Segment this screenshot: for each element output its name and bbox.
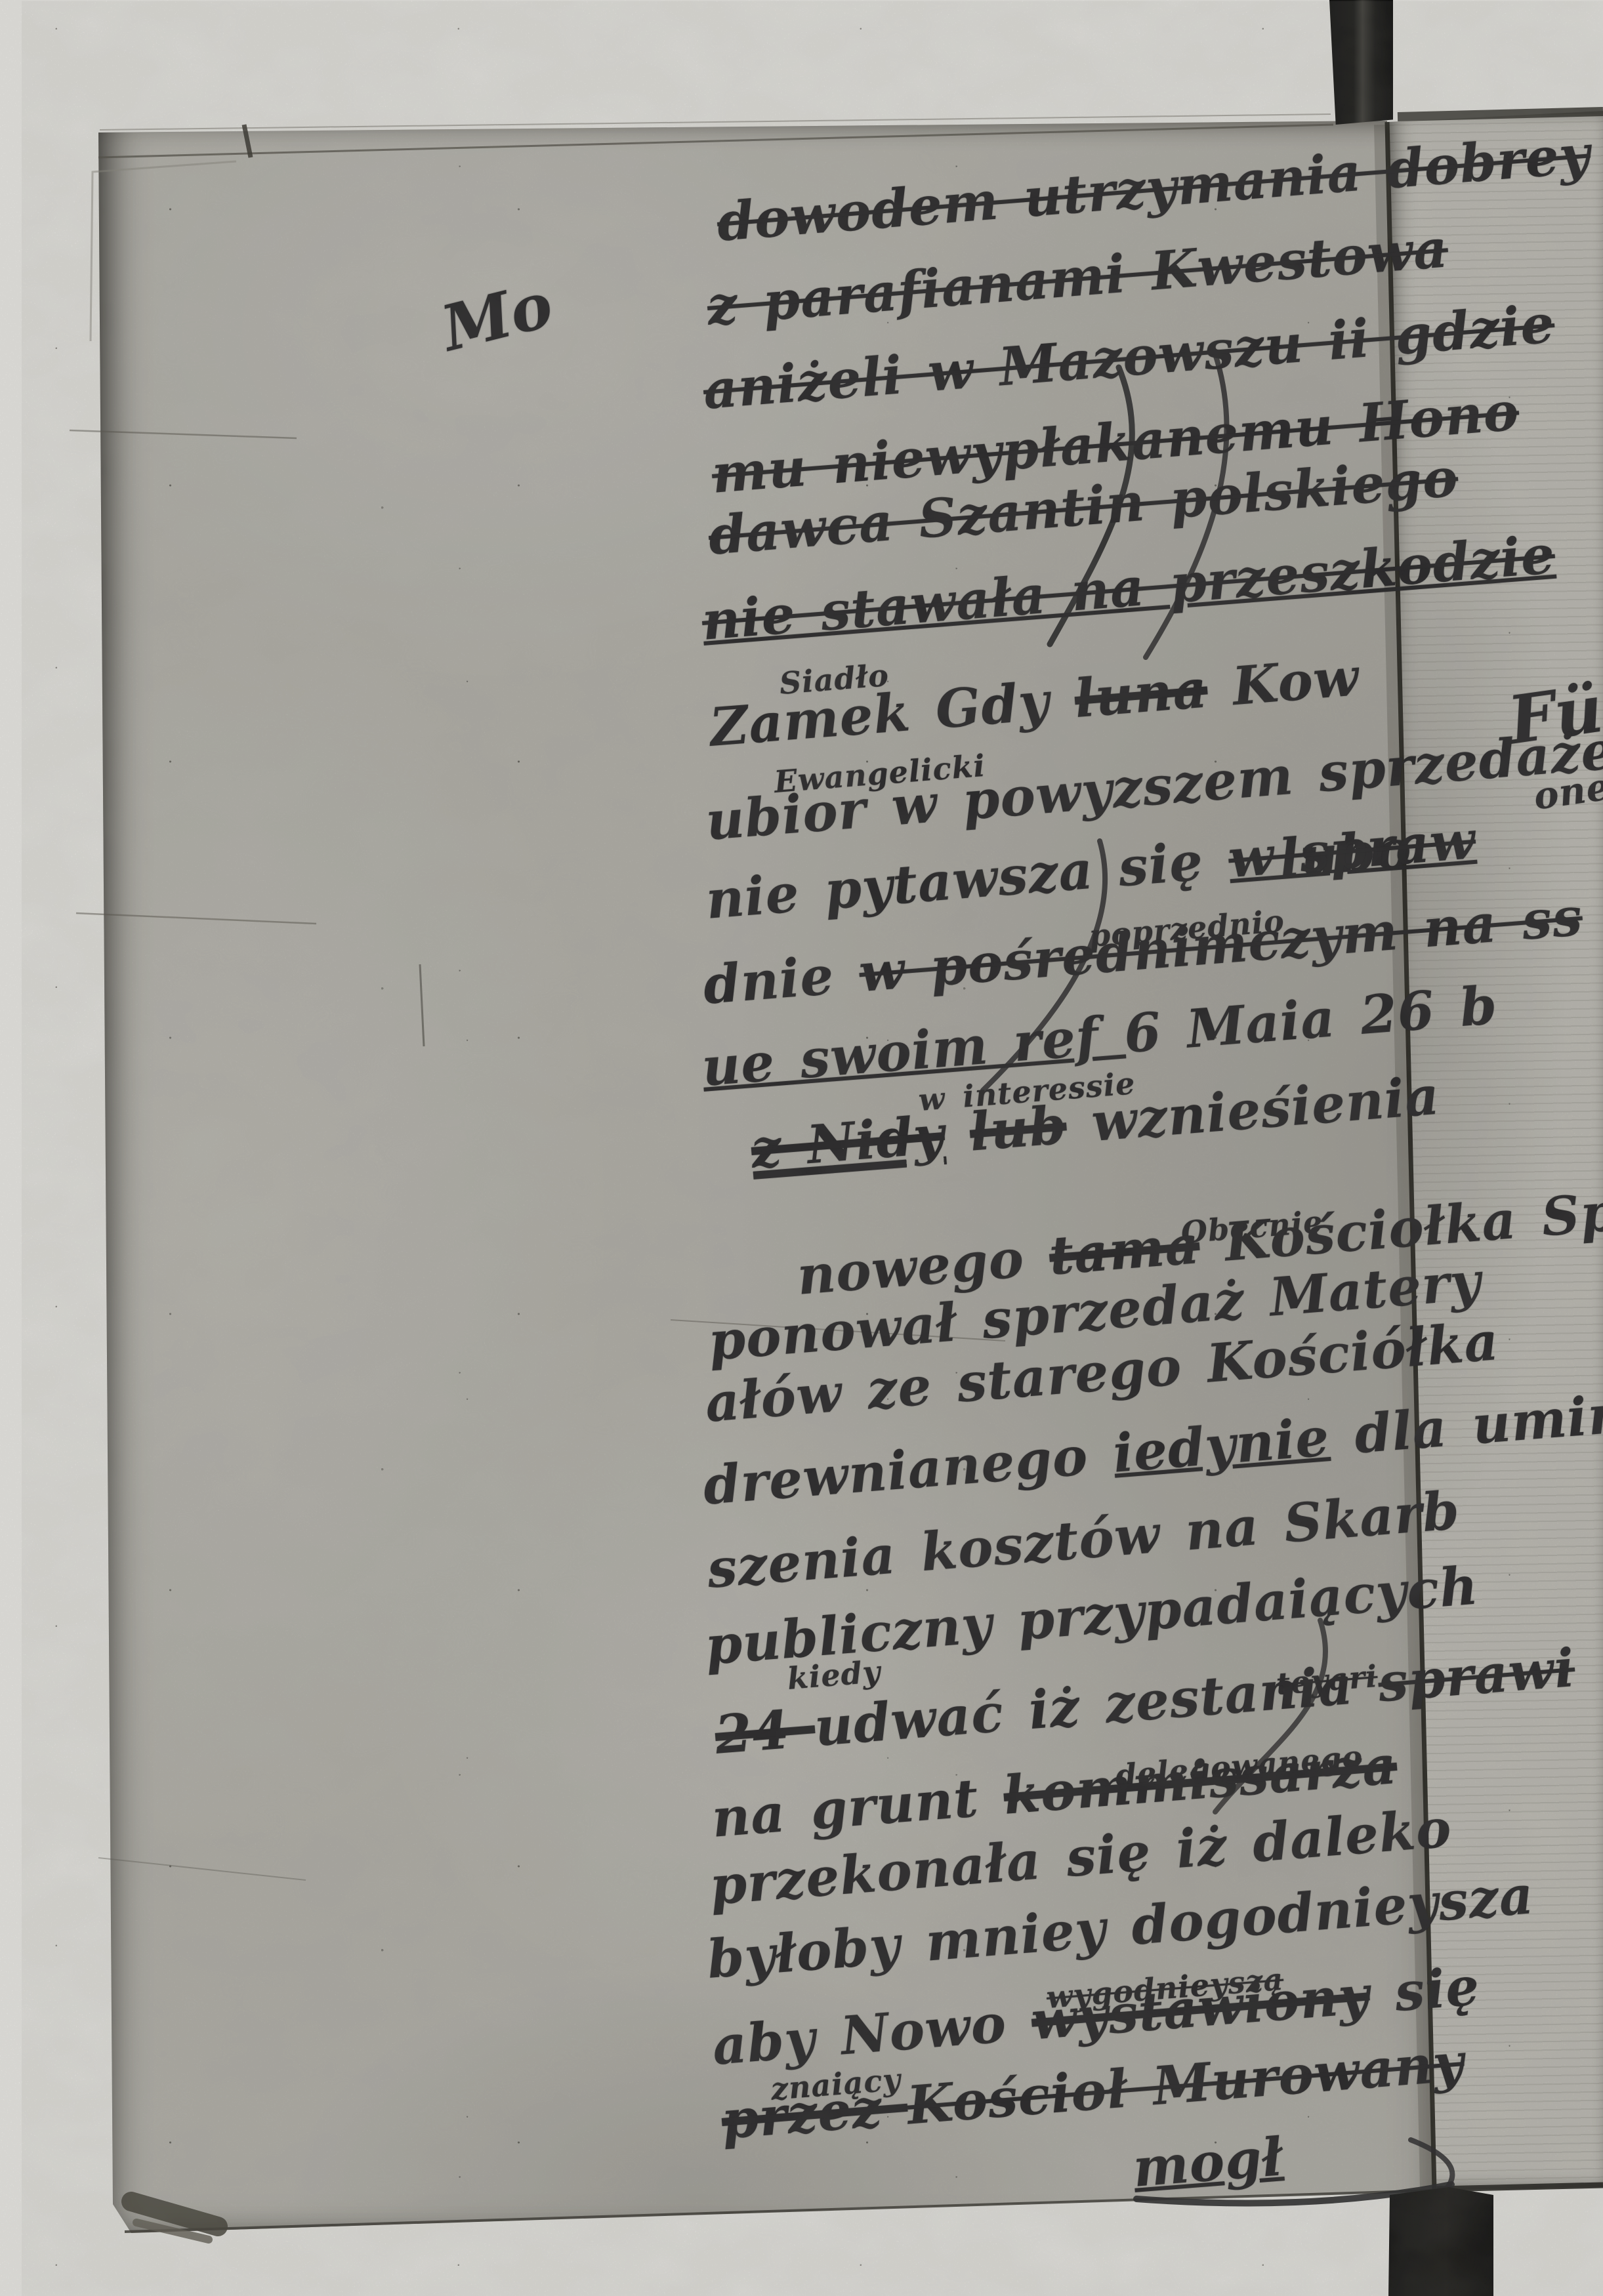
handwritten-text-segment: 6 Maia 26 b [1122,974,1500,1065]
handwritten-text-segment: w spraw [1226,809,1478,890]
handwritten-line: kiedy [786,1654,882,1696]
handwritten-line: dowodem utrzymania dobrey [715,123,1593,253]
handwritten-text-segment: dowodem utrzymania dobrey [715,123,1593,253]
handwritten-line: mogł [1131,2125,1285,2199]
handwritten-text-segment: dla uminiey [1327,1376,1603,1467]
handwritten-text-segment: 24 [713,1696,817,1766]
handwritten-text-segment: drewnianego [701,1423,1115,1517]
handwritten-text-segment: dnie [701,942,862,1015]
handwritten-text-segment: kiedy [786,1654,882,1696]
handwritten-text-segment: Kow [1205,646,1362,719]
handwritten-text-segment: sprawi [1376,1637,1577,1713]
handwritten-text-segment: z Nidy [749,1103,947,1180]
handwritten-text-segment: się [1367,1955,1482,2025]
handwritten-text-segment: przez [719,2075,909,2151]
handwritten-text-segment: luna [1072,657,1209,729]
handwritten-text-segment: lub [967,1094,1068,1162]
handwritten-line: Zamek Gdy luna Kow [707,646,1361,758]
scanned-manuscript-view: { "colors": { "bed": "#f0efeb", "page": … [0,0,1603,2296]
handwritten-text-segment: mogł [1131,2125,1285,2199]
handwritten-text-segment: iedynie [1111,1406,1332,1485]
handwritten-text-segment: Zamek Gdy [707,668,1077,758]
handwriting-layer: dowodem utrzymania dobreyz parafianami K… [0,0,1603,2296]
